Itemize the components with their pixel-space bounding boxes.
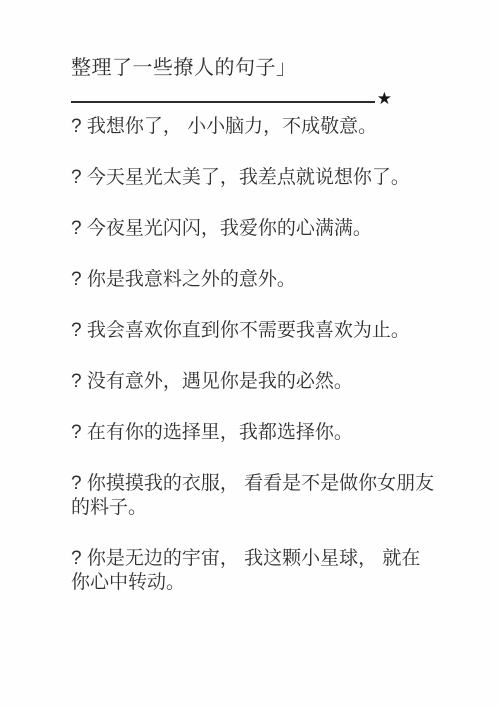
sentence-item: ? 今夜星光闪闪，我爱你的心满满。 [71,217,437,241]
sentence-item: ? 你是无边的宇宙， 我这颗小星球， 就在你心中转动。 [71,547,437,595]
document-page: 整理了一些撩人的句子」 ★ ? 我想你了， 小小脑力，不成敬意。 ? 今天星光太… [0,0,500,708]
sentence-item: ? 我会喜欢你直到你不需要我喜欢为止。 [71,319,437,343]
title-divider: ★ [71,84,392,104]
sentence-item: ? 今天星光太美了，我差点就说想你了。 [71,166,437,190]
page-title: 整理了一些撩人的句子」 [71,56,500,80]
divider-line [71,101,375,103]
sentence-item: ? 你摸摸我的衣服， 看看是不是做你女朋友的料子。 [71,472,437,520]
sentence-list: ? 我想你了， 小小脑力，不成敬意。 ? 今天星光太美了，我差点就说想你了。 ?… [71,115,437,595]
sentence-item: ? 你是我意料之外的意外。 [71,268,437,292]
sentence-item: ? 我想你了， 小小脑力，不成敬意。 [71,115,437,139]
sentence-item: ? 在有你的选择里，我都选择你。 [71,421,437,445]
sentence-item: ? 没有意外，遇见你是我的必然。 [71,370,437,394]
star-icon: ★ [377,90,392,107]
